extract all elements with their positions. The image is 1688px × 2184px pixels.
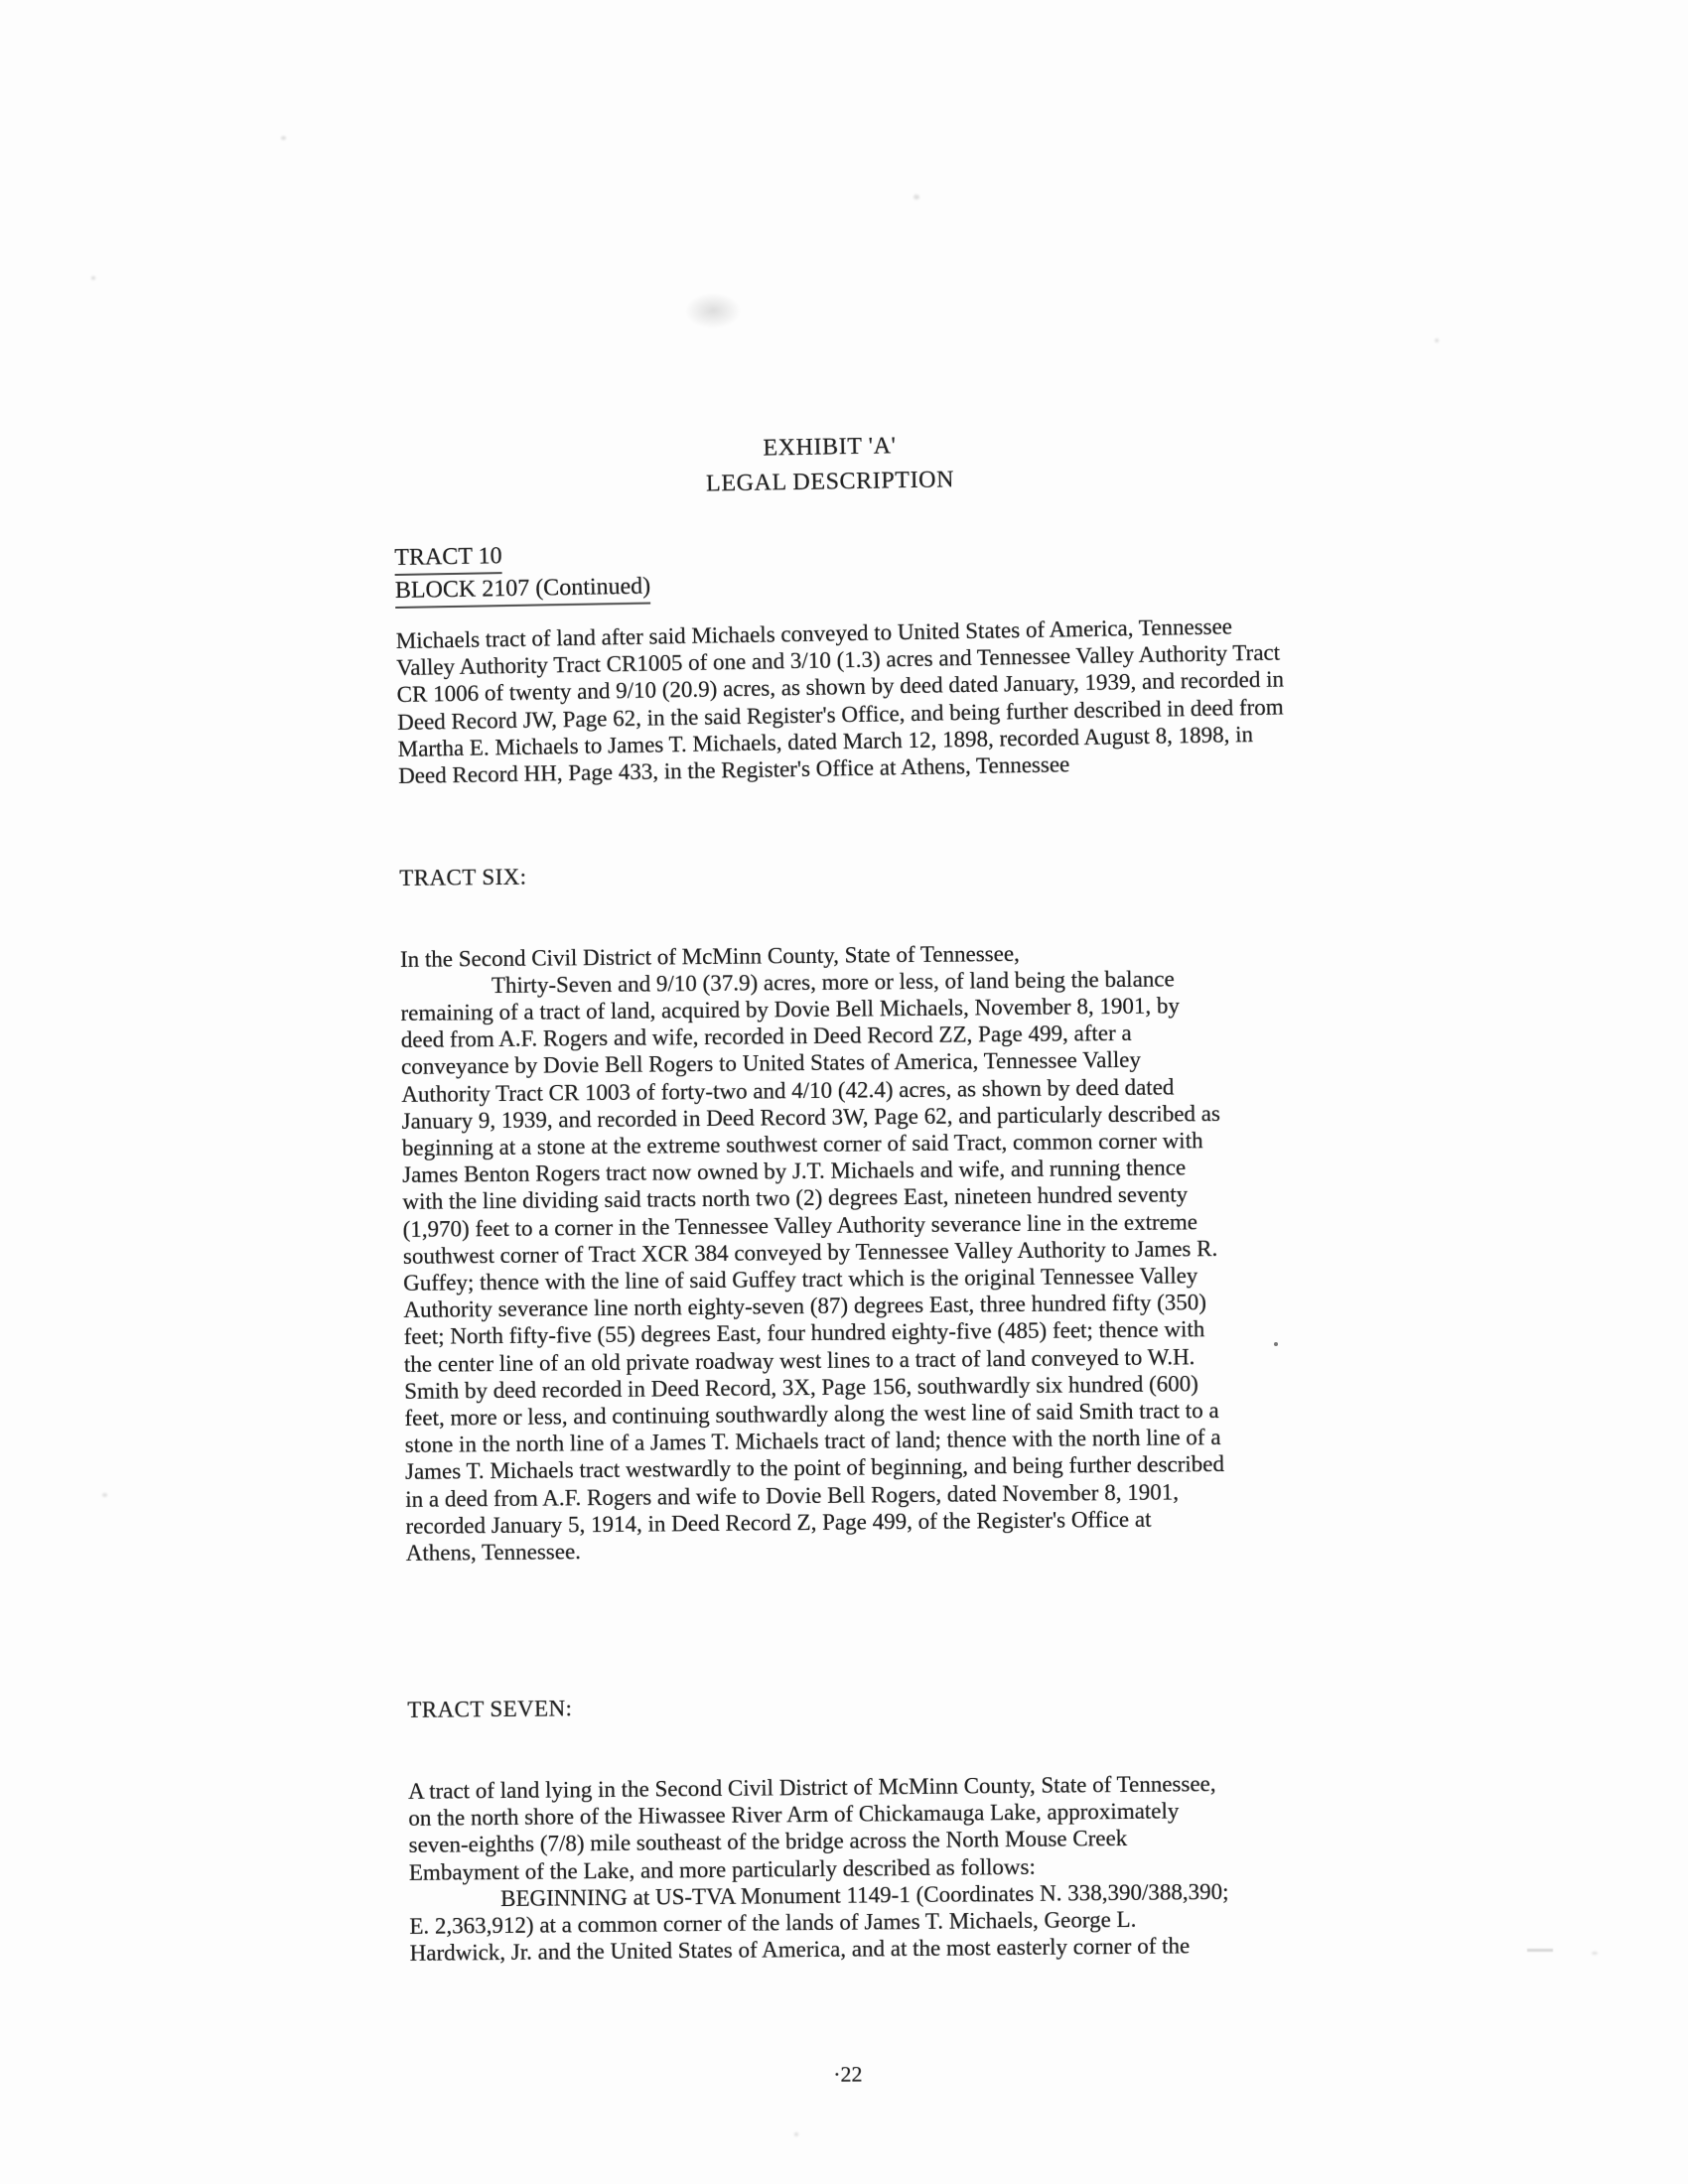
tract-six-section: TRACT SIX: In the Second Civil District … (399, 801, 1311, 1620)
scan-speck (281, 136, 286, 140)
scanned-page: EXHIBIT 'A' LEGAL DESCRIPTION TRACT 10 B… (0, 0, 1688, 2184)
document-content: EXHIBIT 'A' LEGAL DESCRIPTION TRACT 10 B… (395, 429, 1315, 2091)
scan-speck (794, 2132, 798, 2136)
scan-speck (102, 1493, 107, 1497)
page-number: ·22 (411, 2057, 1285, 2091)
document-upper-section: EXHIBIT 'A' LEGAL DESCRIPTION TRACT 10 B… (392, 422, 1302, 789)
tract-seven-heading: TRACT SEVEN: (407, 1688, 1311, 1723)
tract-six-heading: TRACT SIX: (399, 856, 1303, 891)
scan-smudge (685, 293, 741, 329)
scan-speck (1592, 1952, 1598, 1955)
scan-speck (91, 276, 95, 280)
tract-10-heading-text: TRACT 10 (394, 541, 502, 576)
tract-10-paragraph: Michaels tract of land after said Michae… (396, 612, 1303, 789)
block-2107-heading-text: BLOCK 2107 (Continued) (395, 572, 651, 609)
tract-10-heading-block: TRACT 10 BLOCK 2107 (Continued) (394, 527, 1299, 609)
tract-six-paragraph: In the Second Civil District of McMinn C… (400, 937, 1310, 1567)
tract-seven-paragraph: A tract of land lying in the Second Civi… (408, 1769, 1314, 1967)
scan-dash (1527, 1949, 1553, 1952)
document-title-block: EXHIBIT 'A' LEGAL DESCRIPTION (392, 423, 1267, 507)
tract-seven-section: TRACT SEVEN: A tract of land lying in th… (407, 1634, 1315, 2021)
scan-speck (1435, 339, 1439, 342)
scan-speck (914, 195, 919, 200)
